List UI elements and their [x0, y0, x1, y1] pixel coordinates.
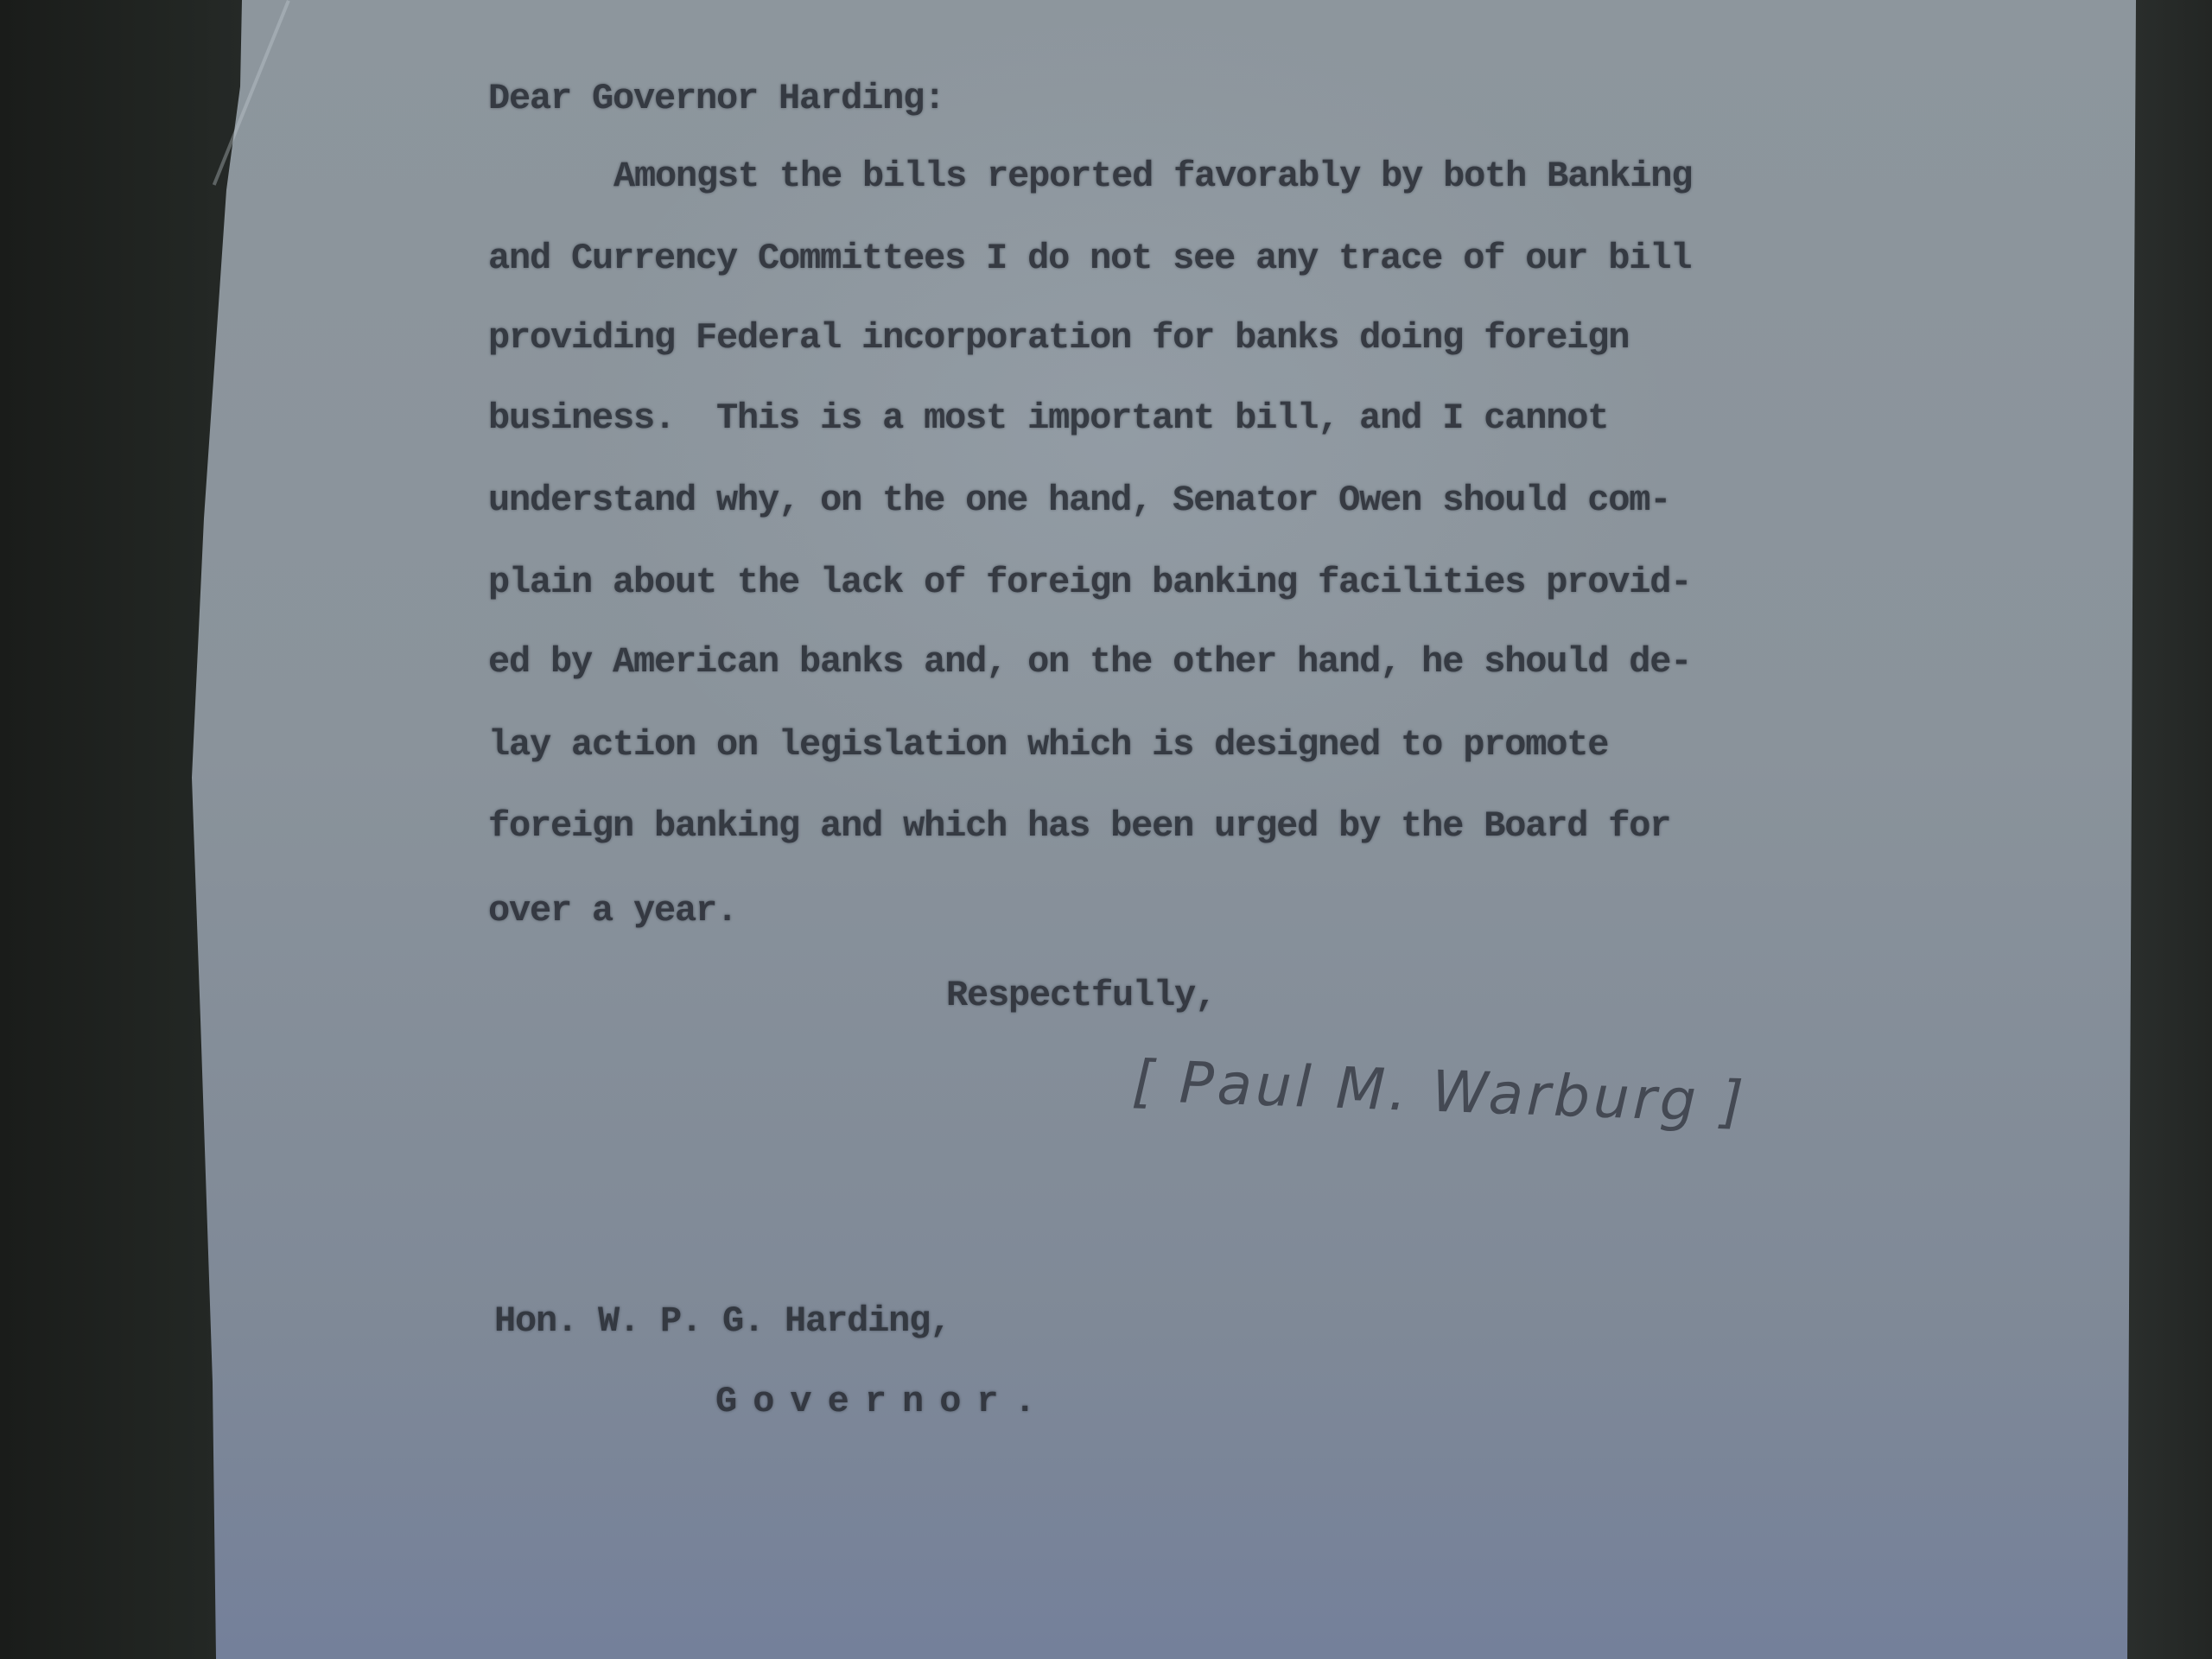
- letter: Dear Governor Harding: Amongst the bills…: [0, 0, 2212, 1659]
- handwritten-signature: [ Paul M. Warburg ]: [1131, 1048, 1748, 1136]
- body-line: business. This is a most important bill,…: [488, 397, 1608, 439]
- body-line: understand why, on the one hand, Senator…: [488, 480, 1670, 521]
- body-line: foreign banking and which has been urged…: [488, 805, 1670, 847]
- body-line: lay action on legislation which is desig…: [488, 724, 1608, 766]
- salutation: Dear Governor Harding:: [488, 78, 944, 119]
- addressee-name: Hon. W. P. G. Harding,: [494, 1300, 950, 1342]
- body-line: ed by American banks and, on the other h…: [488, 641, 1691, 683]
- body-line: providing Federal incorporation for bank…: [488, 317, 1629, 359]
- body-line: plain about the lack of foreign banking …: [488, 562, 1691, 603]
- body-line: Amongst the bills reported favorably by …: [613, 156, 1692, 197]
- body-line: and Currency Committees I do not see any…: [488, 238, 1691, 279]
- addressee-title: Governor.: [715, 1381, 1052, 1422]
- body-line: over a year.: [488, 890, 737, 931]
- closing: Respectfully,: [946, 975, 1216, 1016]
